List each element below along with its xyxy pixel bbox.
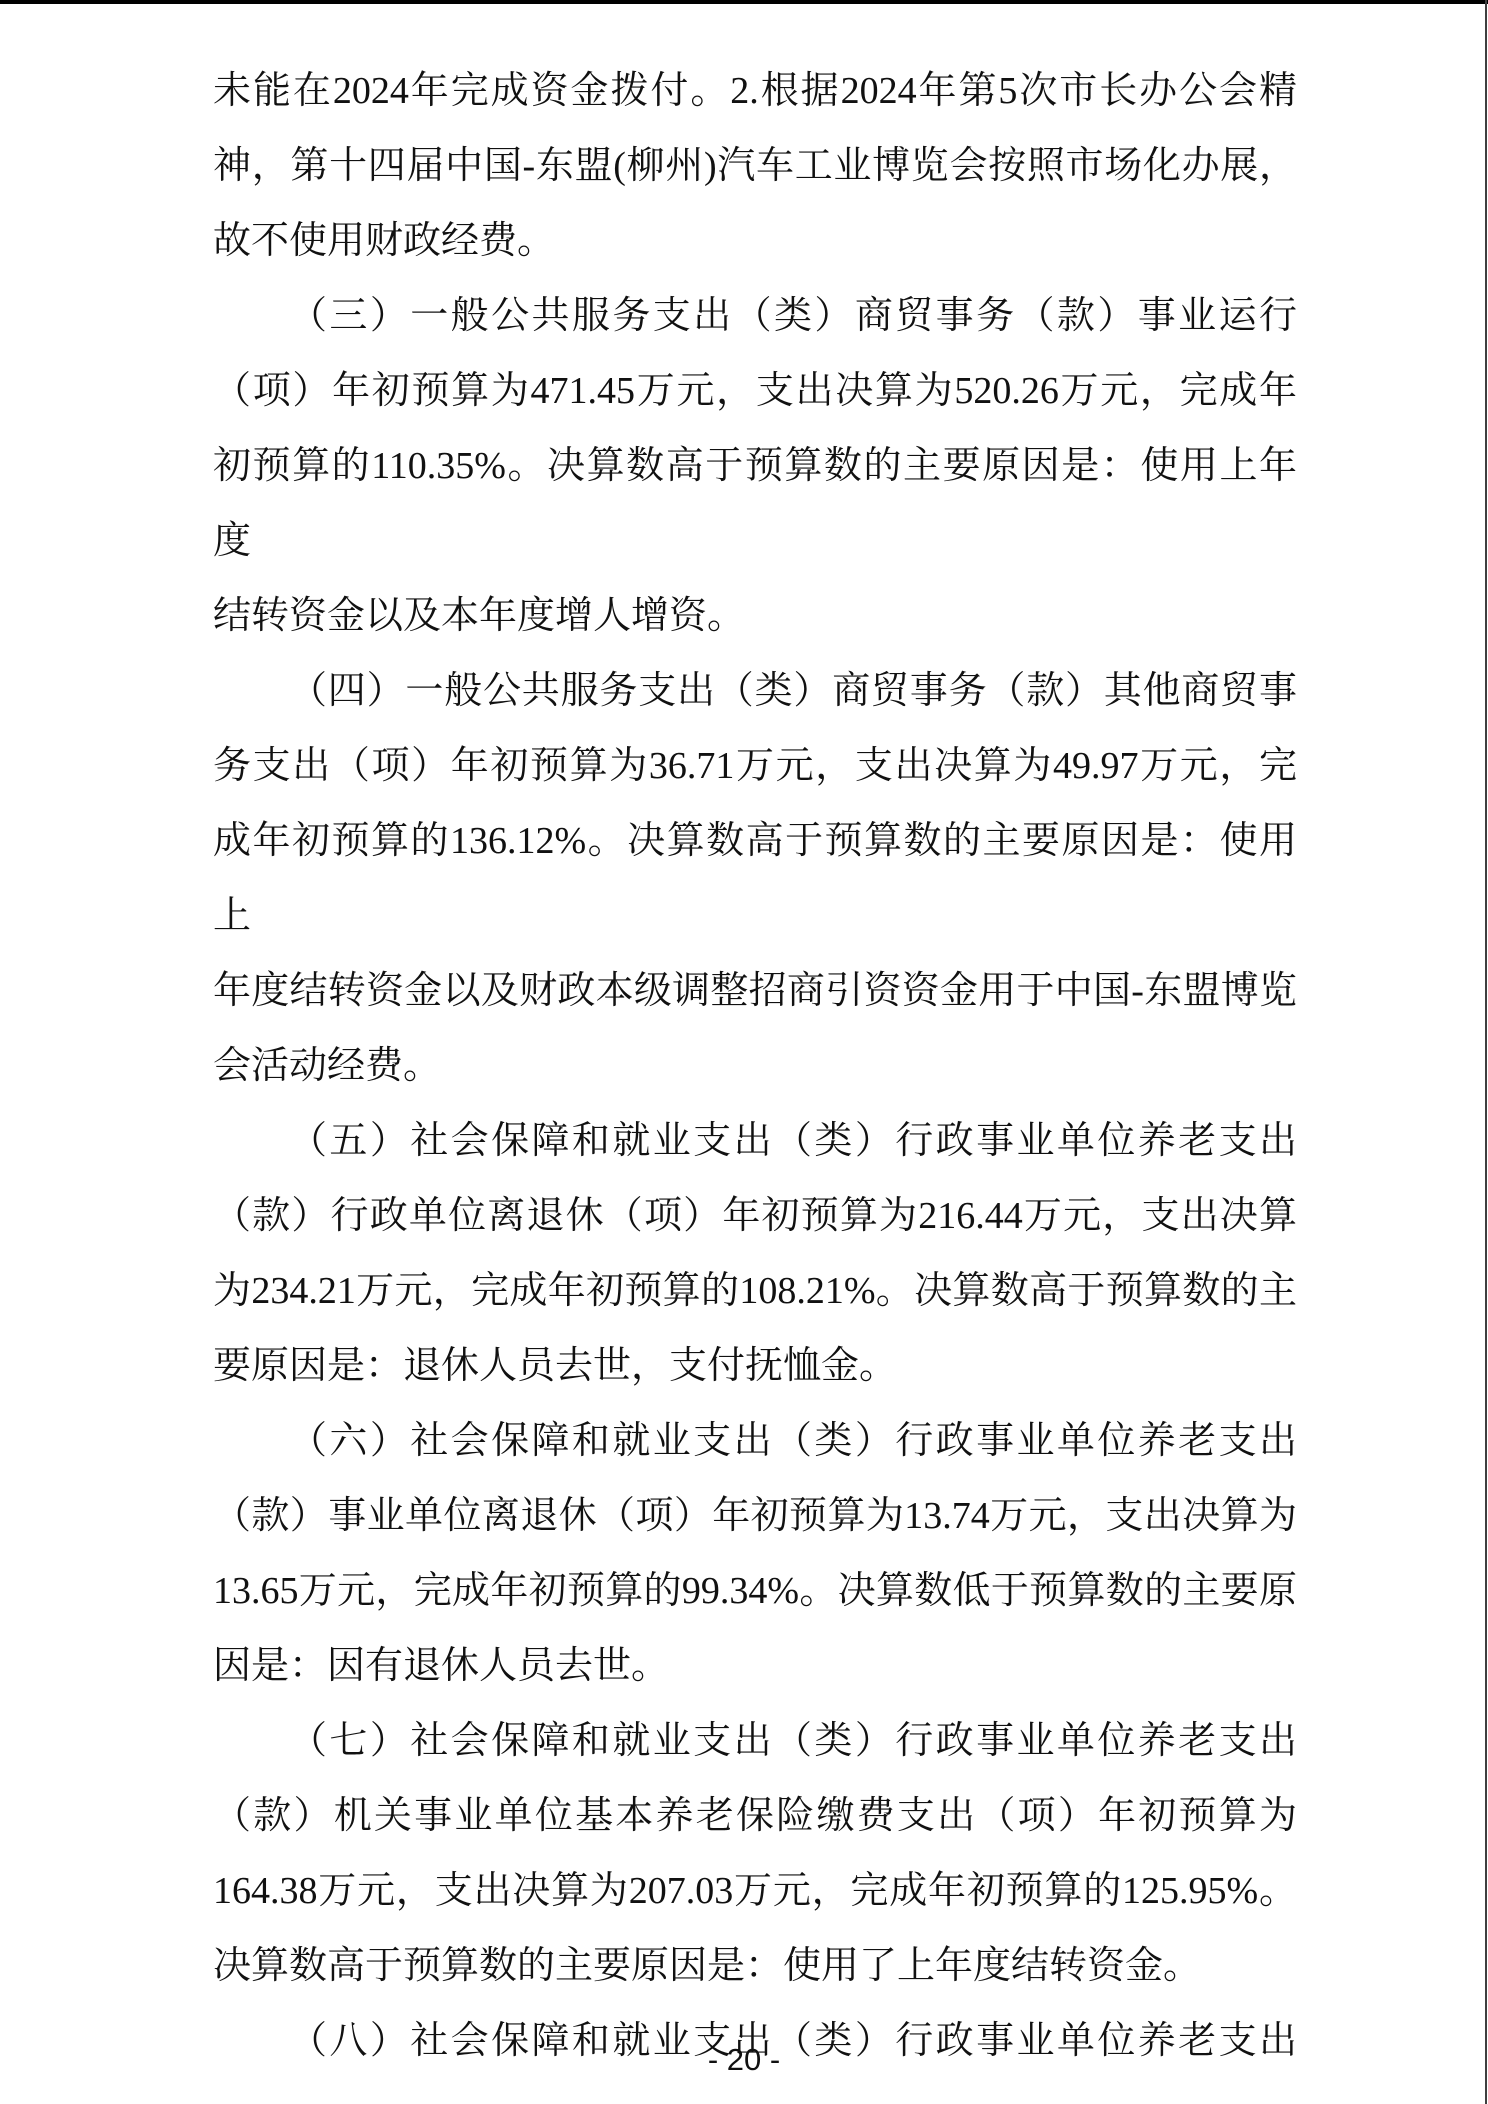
text-line: 神，第十四届中国-东盟(柳州)汽车工业博览会按照市场化办展， [213,129,1297,204]
paragraph: （五）社会保障和就业支出（类）行政事业单位养老支出（款）行政单位离退休（项）年初… [213,1104,1297,1404]
paragraph: （三）一般公共服务支出（类）商贸事务（款）事业运行（项）年初预算为471.45万… [213,279,1297,654]
text-line: （四）一般公共服务支出（类）商贸事务（款）其他商贸事 [213,654,1297,729]
document-page: 未能在2024年完成资金拨付。2.根据2024年第5次市长办公会精神，第十四届中… [0,0,1488,2104]
paragraph: 未能在2024年完成资金拨付。2.根据2024年第5次市长办公会精神，第十四届中… [213,54,1297,279]
text-line: （三）一般公共服务支出（类）商贸事务（款）事业运行 [213,279,1297,354]
scan-right-edge-line [1485,0,1487,2104]
text-line: 结转资金以及本年度增人增资。 [213,579,1297,654]
document-body: 未能在2024年完成资金拨付。2.根据2024年第5次市长办公会精神，第十四届中… [213,54,1297,2079]
text-line: 成年初预算的136.12%。决算数高于预算数的主要原因是：使用上 [213,804,1297,954]
text-line: （五）社会保障和就业支出（类）行政事业单位养老支出 [213,1104,1297,1179]
scan-top-edge-line [0,0,1488,4]
text-line: （七）社会保障和就业支出（类）行政事业单位养老支出 [213,1704,1297,1779]
paragraph: （四）一般公共服务支出（类）商贸事务（款）其他商贸事务支出（项）年初预算为36.… [213,654,1297,1104]
text-line: 故不使用财政经费。 [213,204,1297,279]
text-line: 要原因是：退休人员去世，支付抚恤金。 [213,1329,1297,1404]
text-line: 初预算的110.35%。决算数高于预算数的主要原因是：使用上年度 [213,429,1297,579]
text-line: （项）年初预算为471.45万元，支出决算为520.26万元，完成年 [213,354,1297,429]
text-line: 13.65万元，完成年初预算的99.34%。决算数低于预算数的主要原 [213,1554,1297,1629]
text-line: （款）事业单位离退休（项）年初预算为13.74万元，支出决算为 [213,1479,1297,1554]
text-line: 务支出（项）年初预算为36.71万元，支出决算为49.97万元，完 [213,729,1297,804]
text-line: 会活动经费。 [213,1029,1297,1104]
text-line: 年度结转资金以及财政本级调整招商引资资金用于中国-东盟博览 [213,954,1297,1029]
text-line: 为234.21万元，完成年初预算的108.21%。决算数高于预算数的主 [213,1254,1297,1329]
paragraph: （七）社会保障和就业支出（类）行政事业单位养老支出（款）机关事业单位基本养老保险… [213,1704,1297,2004]
paragraph: （六）社会保障和就业支出（类）行政事业单位养老支出（款）事业单位离退休（项）年初… [213,1404,1297,1704]
text-line: 164.38万元，支出决算为207.03万元，完成年初预算的125.95%。 [213,1854,1297,1929]
text-line: 因是：因有退休人员去世。 [213,1629,1297,1704]
text-line: 决算数高于预算数的主要原因是：使用了上年度结转资金。 [213,1929,1297,2004]
page-number: - 20 - [0,2042,1488,2078]
text-line: （六）社会保障和就业支出（类）行政事业单位养老支出 [213,1404,1297,1479]
text-line: 未能在2024年完成资金拨付。2.根据2024年第5次市长办公会精 [213,54,1297,129]
text-line: （款）机关事业单位基本养老保险缴费支出（项）年初预算为 [213,1779,1297,1854]
text-line: （款）行政单位离退休（项）年初预算为216.44万元，支出决算 [213,1179,1297,1254]
